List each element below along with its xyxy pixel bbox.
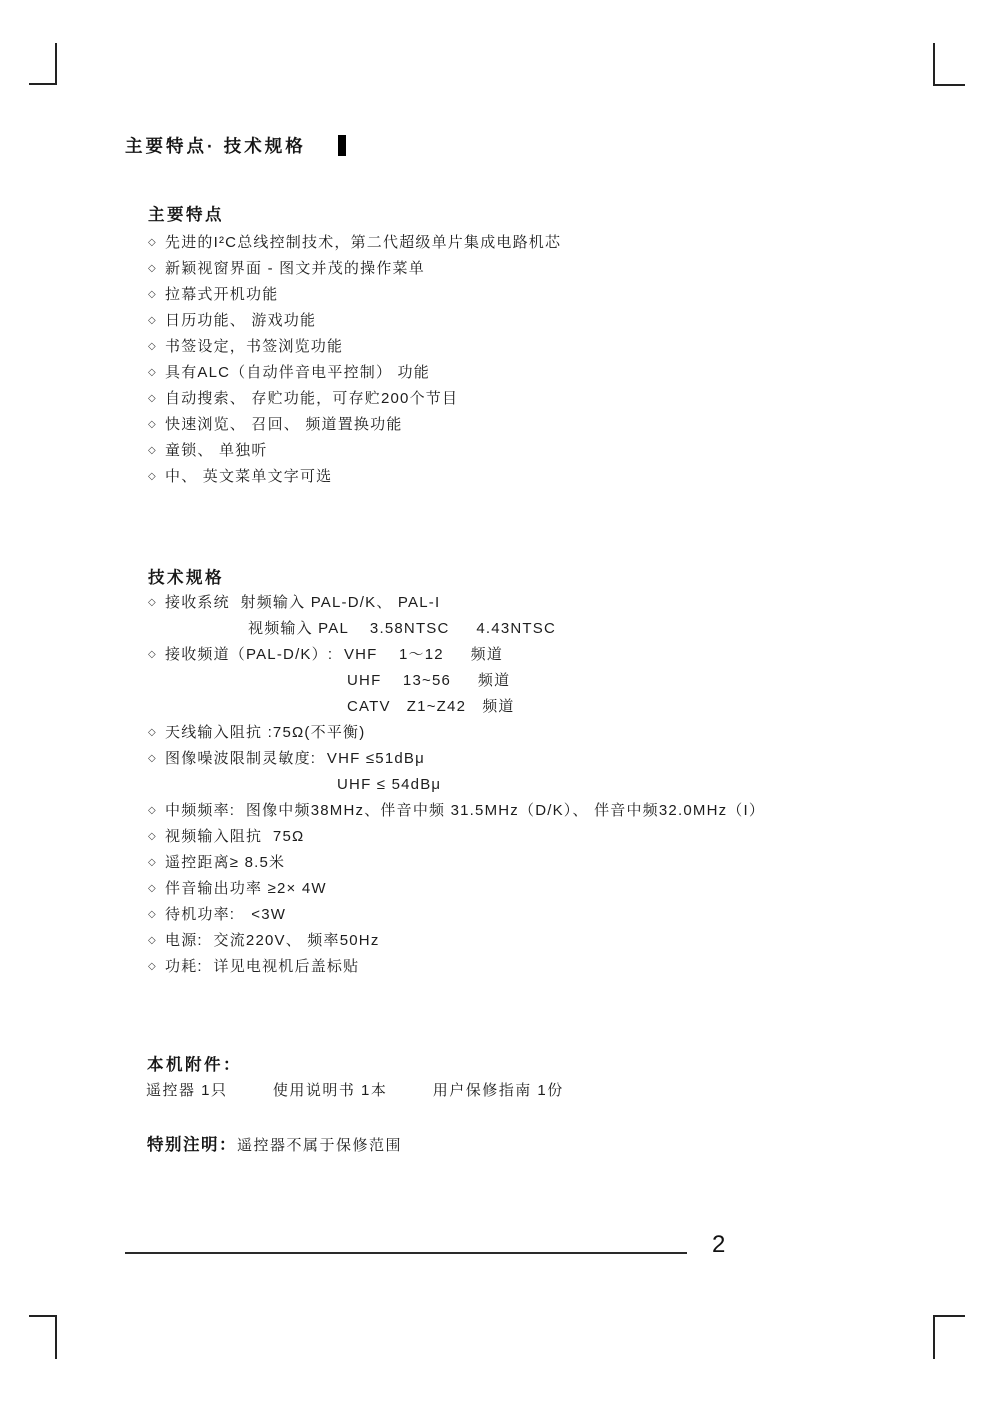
feature-text: 具有ALC（自动伴音电平控制） 功能 [165,360,430,386]
spec-text: CATV Z1~Z42 频道 [347,694,515,720]
manual-page: 主要特点· 技术规格 主要特点 ◇先进的I²C总线控制技术，第二代超级单片集成电… [0,0,994,1404]
footer-rule [125,1252,687,1254]
spec-text: 待机功率: <3W [165,902,286,928]
special-note: 特别注明：遥控器不属于保修范围 [147,1131,402,1155]
crop-mark-bottom-left-icon [29,1315,57,1359]
spec-text: 中频频率: 图像中频38MHz、伴音中频 31.5MHz（D/K）、 伴音中频3… [165,798,765,824]
diamond-bullet-icon: ◇ [148,824,165,850]
feature-item: ◇自动搜索、 存贮功能，可存贮200个节目 [148,386,561,412]
main-features-list: ◇先进的I²C总线控制技术，第二代超级单片集成电路机芯 ◇新颖视窗界面 - 图文… [148,230,561,490]
diamond-bullet-icon: ◇ [148,928,165,954]
diamond-bullet-icon: ◇ [148,360,165,386]
diamond-bullet-icon: ◇ [148,464,165,490]
special-note-label: 特别注明： [147,1131,237,1155]
page-number: 2 [712,1231,725,1259]
spec-line: 视频输入 PAL 3.58NTSC 4.43NTSC [148,616,765,642]
spec-text: 接收频道（PAL-D/K）: VHF 1～12 频道 [165,642,503,668]
spec-line: ◇接收系统 射频输入 PAL-D/K、 PAL-I [148,590,765,616]
feature-text: 自动搜索、 存贮功能，可存贮200个节目 [165,386,458,412]
spec-text: 接收系统 射频输入 PAL-D/K、 PAL-I [165,590,440,616]
diamond-bullet-icon: ◇ [148,720,165,746]
diamond-bullet-icon: ◇ [148,902,165,928]
crop-mark-bottom-right-icon [933,1315,965,1359]
spec-text: 遥控距离≥ 8.5米 [165,850,285,876]
page-header: 主要特点· 技术规格 [125,133,346,158]
spec-line: ◇功耗: 详见电视机后盖标贴 [148,954,765,980]
feature-item: ◇先进的I²C总线控制技术，第二代超级单片集成电路机芯 [148,230,561,256]
diamond-bullet-icon: ◇ [148,746,165,772]
section-title-main-features: 主要特点 [148,201,224,225]
spec-text: 视频输入阻抗 75Ω [165,824,304,850]
diamond-bullet-icon: ◇ [148,438,165,464]
diamond-bullet-icon: ◇ [148,850,165,876]
feature-text: 日历功能、 游戏功能 [165,308,316,334]
diamond-bullet-icon: ◇ [148,334,165,360]
spec-line: UHF 13~56 频道 [148,668,765,694]
diamond-bullet-icon: ◇ [148,954,165,980]
accessories-line: 遥控器 1只 使用说明书 1本 用户保修指南 1份 [146,1079,564,1100]
tech-specs-list: ◇接收系统 射频输入 PAL-D/K、 PAL-I 视频输入 PAL 3.58N… [148,590,765,980]
feature-item: ◇新颖视窗界面 - 图文并茂的操作菜单 [148,256,561,282]
spec-text: UHF ≤ 54dBμ [337,772,441,798]
feature-text: 拉幕式开机功能 [165,282,278,308]
spec-text: UHF 13~56 频道 [347,668,510,694]
feature-item: ◇具有ALC（自动伴音电平控制） 功能 [148,360,561,386]
spec-line: ◇待机功率: <3W [148,902,765,928]
feature-item: ◇日历功能、 游戏功能 [148,308,561,334]
special-note-text: 遥控器不属于保修范围 [237,1134,402,1155]
crop-mark-top-left-icon [29,43,57,85]
spec-text: 电源: 交流220V、 频率50Hz [165,928,380,954]
spec-line: ◇天线输入阻抗 :75Ω(不平衡) [148,720,765,746]
spec-line: UHF ≤ 54dBμ [148,772,765,798]
diamond-bullet-icon: ◇ [148,230,165,256]
feature-item: ◇中、 英文菜单文字可选 [148,464,561,490]
diamond-bullet-icon: ◇ [148,412,165,438]
feature-item: ◇书签设定，书签浏览功能 [148,334,561,360]
feature-text: 书签设定，书签浏览功能 [165,334,343,360]
diamond-bullet-icon: ◇ [148,282,165,308]
diamond-bullet-icon: ◇ [148,308,165,334]
spec-line: ◇伴音输出功率 ≥2× 4W [148,876,765,902]
feature-text: 先进的I²C总线控制技术，第二代超级单片集成电路机芯 [165,230,561,256]
crop-mark-top-right-icon [933,43,965,86]
feature-item: ◇童锁、 单独听 [148,438,561,464]
spec-line: ◇电源: 交流220V、 频率50Hz [148,928,765,954]
diamond-bullet-icon: ◇ [148,256,165,282]
spec-text: 功耗: 详见电视机后盖标贴 [165,954,359,980]
feature-text: 中、 英文菜单文字可选 [165,464,332,490]
page-title: 主要特点· 技术规格 [125,133,306,158]
spec-text: 视频输入 PAL 3.58NTSC 4.43NTSC [248,616,556,642]
diamond-bullet-icon: ◇ [148,386,165,412]
feature-text: 快速浏览、 召回、 频道置换功能 [165,412,403,438]
feature-text: 童锁、 单独听 [165,438,268,464]
header-bar-marker-icon [338,135,346,156]
feature-item: ◇快速浏览、 召回、 频道置换功能 [148,412,561,438]
spec-line: ◇接收频道（PAL-D/K）: VHF 1～12 频道 [148,642,765,668]
section-title-accessories: 本机附件： [147,1051,242,1075]
spec-text: 天线输入阻抗 :75Ω(不平衡) [165,720,365,746]
section-title-tech-specs: 技术规格 [148,564,224,588]
feature-text: 新颖视窗界面 - 图文并茂的操作菜单 [165,256,425,282]
spec-line: CATV Z1~Z42 频道 [148,694,765,720]
diamond-bullet-icon: ◇ [148,798,165,824]
spec-line: ◇图像噪波限制灵敏度: VHF ≤51dBμ [148,746,765,772]
spec-text: 伴音输出功率 ≥2× 4W [165,876,327,902]
spec-line: ◇遥控距离≥ 8.5米 [148,850,765,876]
spec-line: ◇视频输入阻抗 75Ω [148,824,765,850]
diamond-bullet-icon: ◇ [148,876,165,902]
feature-item: ◇拉幕式开机功能 [148,282,561,308]
spec-text: 图像噪波限制灵敏度: VHF ≤51dBμ [165,746,425,772]
diamond-bullet-icon: ◇ [148,590,165,616]
diamond-bullet-icon: ◇ [148,642,165,668]
spec-line: ◇中频频率: 图像中频38MHz、伴音中频 31.5MHz（D/K）、 伴音中频… [148,798,765,824]
